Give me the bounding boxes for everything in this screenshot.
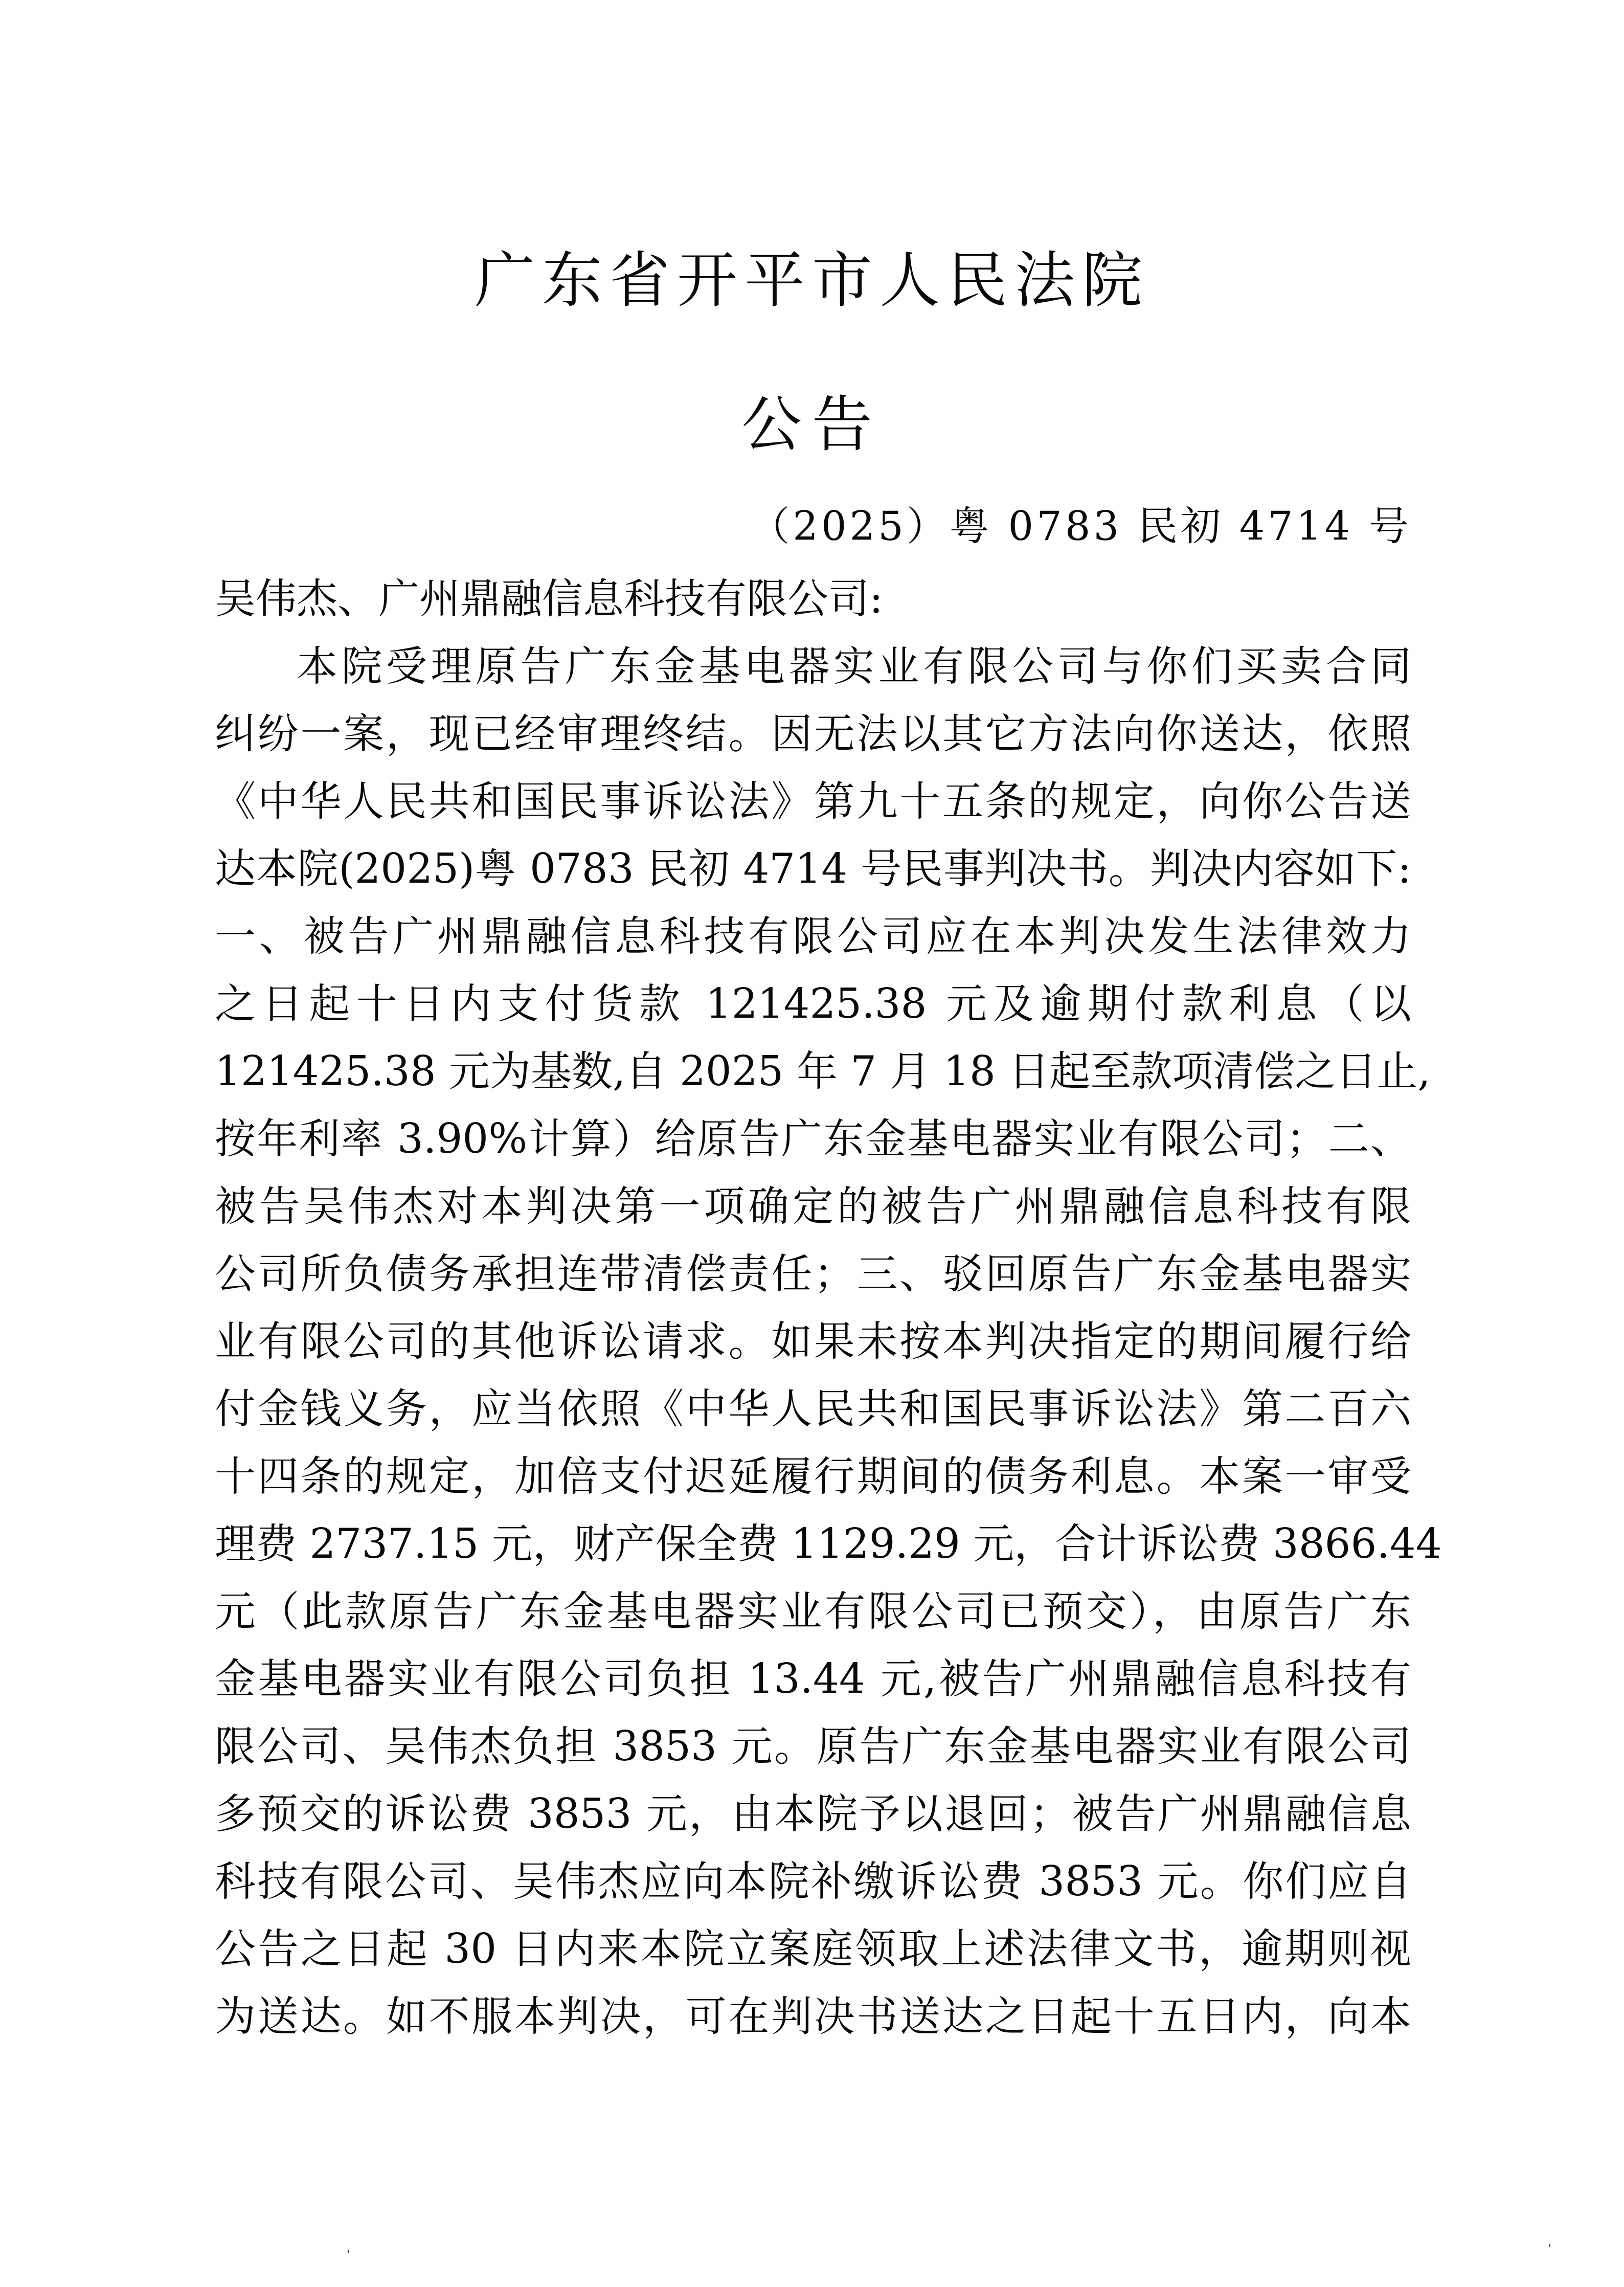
- scan-speck: [348, 2250, 349, 2253]
- body-line: 业有限公司的其他诉讼请求。如果未按本判决指定的期间履行给: [215, 1308, 1411, 1375]
- body-line: 科技有限公司、吴伟杰应向本院补缴诉讼费 3853 元。你们应自: [215, 1848, 1411, 1915]
- body-line: 理费 2737.15 元，财产保全费 1129.29 元，合计诉讼费 3866.…: [215, 1510, 1411, 1578]
- body-line: 公司所负债务承担连带清偿责任；三、驳回原告广东金基电器实: [215, 1240, 1411, 1308]
- scan-speck: [1549, 2244, 1550, 2247]
- body-line: 十四条的规定，加倍支付迟延履行期间的债务利息。本案一审受: [215, 1443, 1411, 1510]
- body-line: 公告之日起 30 日内来本院立案庭领取上述法律文书，逾期则视: [215, 1915, 1411, 1983]
- body-line: 121425.38 元为基数,自 2025 年 7 月 18 日起至款项清偿之日…: [215, 1038, 1411, 1105]
- body-line: 金基电器实业有限公司负担 13.44 元,被告广州鼎融信息科技有: [215, 1645, 1411, 1713]
- body-line: 限公司、吴伟杰负担 3853 元。原告广东金基电器实业有限公司: [215, 1713, 1411, 1780]
- body-line: 被告吴伟杰对本判决第一项确定的被告广州鼎融信息科技有限: [215, 1173, 1411, 1240]
- body-line: 元（此款原告广东金基电器实业有限公司已预交），由原告广东: [215, 1578, 1411, 1645]
- body-line: 为送达。如不服本判决，可在判决书送达之日起十五日内，向本: [215, 1983, 1411, 2050]
- addressee-line: 吴伟杰、广州鼎融信息科技有限公司:: [215, 565, 1411, 633]
- body-line: 《中华人民共和国民事诉讼法》第九十五条的规定，向你公告送: [215, 768, 1411, 835]
- body-line: 纠纷一案，现已经审理终结。因无法以其它方法向你送达，依照: [215, 700, 1411, 768]
- body-line: 达本院(2025)粤 0783 民初 4714 号民事判决书。判决内容如下:: [215, 835, 1411, 903]
- body-line: 按年利率 3.90%计算）给原告广东金基电器实业有限公司；二、: [215, 1105, 1411, 1173]
- body-line: 多预交的诉讼费 3853 元，由本院予以退回；被告广州鼎融信息: [215, 1780, 1411, 1848]
- court-name-heading: 广东省开平市人民法院: [0, 244, 1624, 316]
- document-type-heading: 公告: [0, 389, 1624, 460]
- body-line: 付金钱义务，应当依照《中华人民共和国民事诉讼法》第二百六: [215, 1375, 1411, 1443]
- body-line: 之日起十日内支付货款 121425.38 元及逾期付款利息（以: [215, 970, 1411, 1038]
- announcement-body: 吴伟杰、广州鼎融信息科技有限公司: 本院受理原告广东金基电器实业有限公司与你们买…: [215, 565, 1411, 2050]
- case-number: （2025）粤 0783 民初 4714 号: [750, 501, 1412, 552]
- body-line: 一、被告广州鼎融信息科技有限公司应在本判决发生法律效力: [215, 903, 1411, 970]
- document-page: 广东省开平市人民法院 公告 （2025）粤 0783 民初 4714 号 吴伟杰…: [0, 0, 1624, 2287]
- body-line: 本院受理原告广东金基电器实业有限公司与你们买卖合同: [215, 633, 1411, 700]
